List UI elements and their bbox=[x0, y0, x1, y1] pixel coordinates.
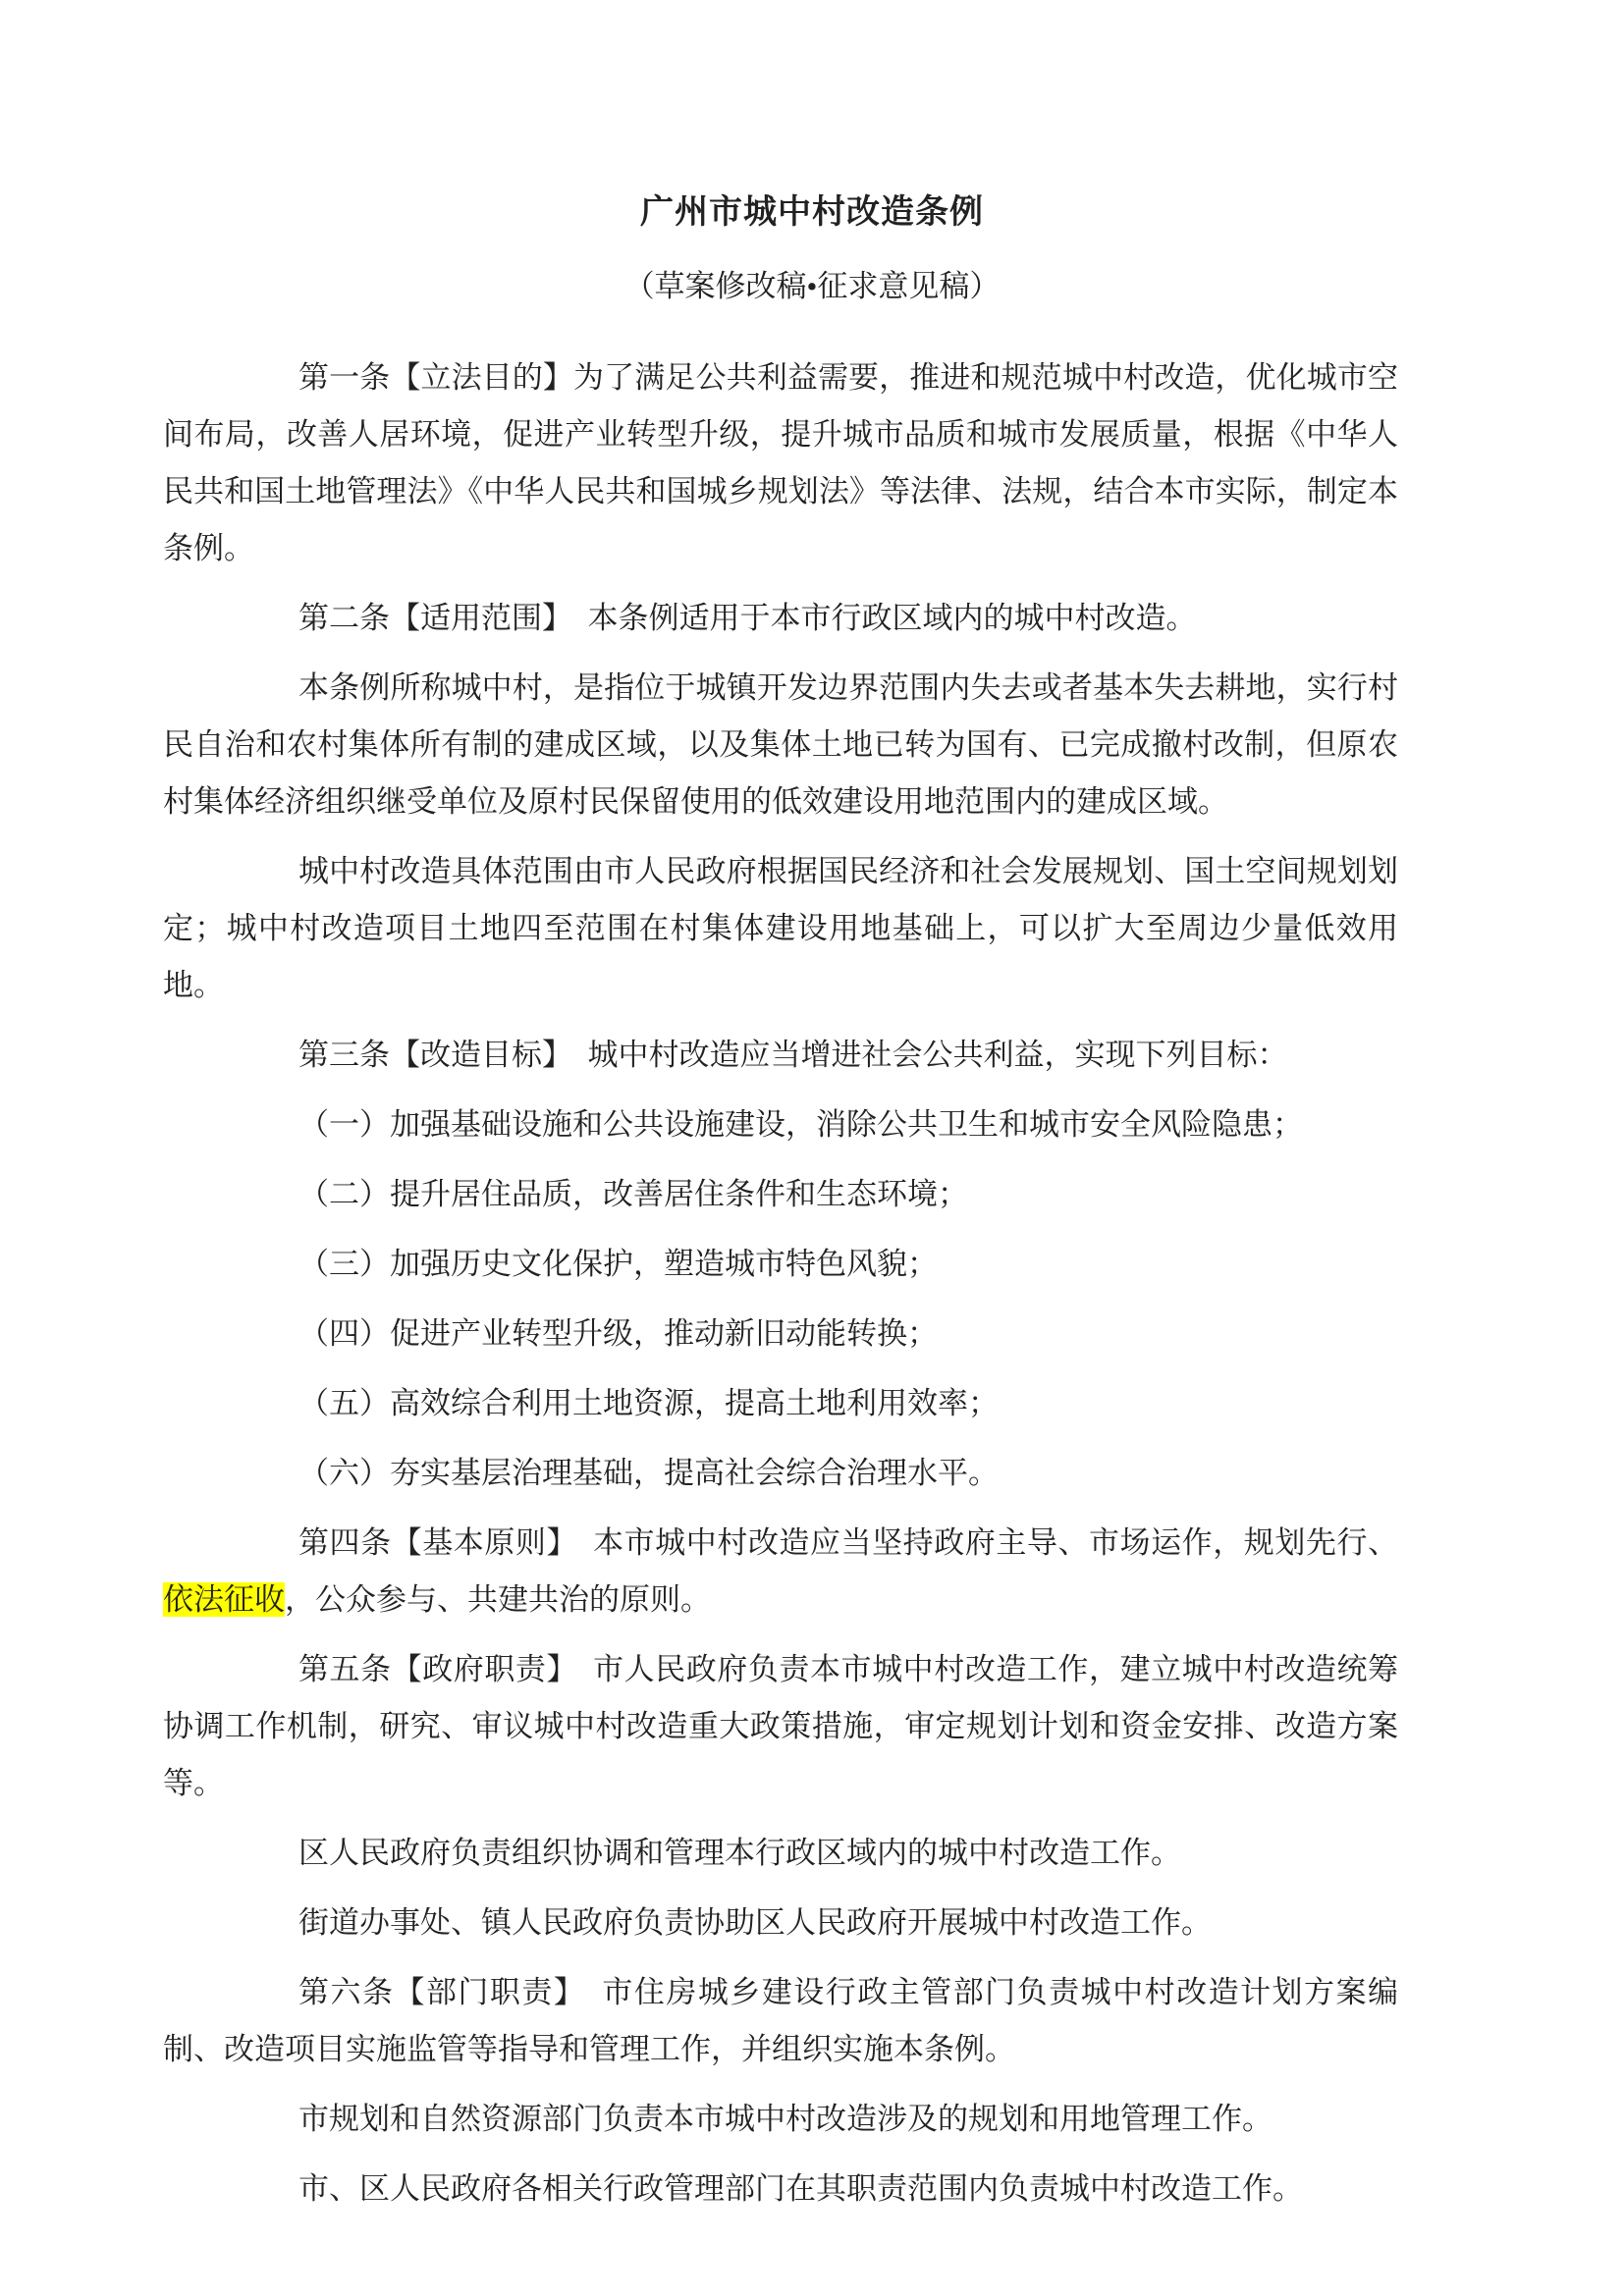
document-body: 第一条【立法目的】为了满足公共利益需要，推进和规范城中村改造，优化城市空间布局，… bbox=[163, 349, 1398, 2217]
paragraph-text: 本条例适用于本市行政区域内的城中村改造。 bbox=[558, 601, 1197, 635]
paragraph-text: 本市城中村改造应当坚持政府主导、市场运作，规划先行、 bbox=[563, 1525, 1398, 1560]
document-title: 广州市城中村改造条例 bbox=[0, 0, 1624, 234]
paragraph-text: 城中村改造应当增进社会公共利益，实现下列目标： bbox=[558, 1038, 1288, 1072]
article-label: 第三条【改造目标】 bbox=[298, 1038, 558, 1072]
article-2: 第二条【适用范围】 本条例适用于本市行政区域内的城中村改造。 bbox=[163, 590, 1398, 647]
list-item-1: （一）加强基础设施和公共设施建设，消除公共卫生和城市安全风险隐患； bbox=[163, 1096, 1398, 1153]
paragraph: 城中村改造具体范围由市人民政府根据国民经济和社会发展规划、国土空间规划划定；城中… bbox=[163, 843, 1398, 1014]
list-item-5: （五）高效综合利用土地资源，提高土地利用效率； bbox=[163, 1375, 1398, 1432]
paragraph-text: 市、区人民政府各相关行政管理部门在其职责范围内负责城中村改造工作。 bbox=[298, 2171, 1303, 2206]
article-3: 第三条【改造目标】 城中村改造应当增进社会公共利益，实现下列目标： bbox=[163, 1027, 1398, 1084]
paragraph-text: （三）加强历史文化保护，塑造城市特色风貌； bbox=[298, 1247, 938, 1281]
paragraph: 区人民政府负责组织协调和管理本行政区域内的城中村改造工作。 bbox=[163, 1825, 1398, 1882]
paragraph-text: （四）促进产业转型升级，推动新旧动能转换； bbox=[298, 1316, 938, 1351]
document-page: 广州市城中村改造条例 （草案修改稿•征求意见稿） 第一条【立法目的】为了满足公共… bbox=[0, 0, 1624, 2296]
paragraph-text: （六）夯实基层治理基础，提高社会综合治理水平。 bbox=[298, 1456, 999, 1490]
paragraph-text: 本条例所称城中村，是指位于城镇开发边界范围内失去或者基本失去耕地，实行村民自治和… bbox=[163, 670, 1398, 819]
list-item-6: （六）夯实基层治理基础，提高社会综合治理水平。 bbox=[163, 1445, 1398, 1502]
paragraph-text: （五）高效综合利用土地资源，提高土地利用效率； bbox=[298, 1386, 999, 1420]
article-label: 第一条【立法目的】 bbox=[298, 360, 573, 395]
paragraph-text: 市规划和自然资源部门负责本市城中村改造涉及的规划和用地管理工作。 bbox=[298, 2102, 1272, 2136]
article-label: 第六条【部门职责】 bbox=[298, 1975, 570, 2009]
article-6: 第六条【部门职责】 市住房城乡建设行政主管部门负责城中村改造计划方案编制、改造项… bbox=[163, 1964, 1398, 2078]
paragraph: 市规划和自然资源部门负责本市城中村改造涉及的规划和用地管理工作。 bbox=[163, 2091, 1398, 2148]
article-label: 第五条【政府职责】 bbox=[298, 1652, 563, 1686]
list-item-4: （四）促进产业转型升级，推动新旧动能转换； bbox=[163, 1306, 1398, 1362]
paragraph-text: 城中村改造具体范围由市人民政府根据国民经济和社会发展规划、国土空间规划划定；城中… bbox=[163, 854, 1398, 1002]
list-item-3: （三）加强历史文化保护，塑造城市特色风貌； bbox=[163, 1236, 1398, 1293]
paragraph: 市、区人民政府各相关行政管理部门在其职责范围内负责城中村改造工作。 bbox=[163, 2161, 1398, 2217]
article-label: 第四条【基本原则】 bbox=[298, 1525, 563, 1560]
article-label: 第二条【适用范围】 bbox=[298, 601, 558, 635]
highlighted-text: 依法征收 bbox=[163, 1582, 285, 1617]
paragraph: 本条例所称城中村，是指位于城镇开发边界范围内失去或者基本失去耕地，实行村民自治和… bbox=[163, 660, 1398, 830]
article-1: 第一条【立法目的】为了满足公共利益需要，推进和规范城中村改造，优化城市空间布局，… bbox=[163, 349, 1398, 577]
list-item-2: （二）提升居住品质，改善居住条件和生态环境； bbox=[163, 1166, 1398, 1223]
paragraph-text: ，公众参与、共建共治的原则。 bbox=[285, 1582, 711, 1617]
document-subtitle: （草案修改稿•征求意见稿） bbox=[0, 267, 1624, 306]
paragraph: 街道办事处、镇人民政府负责协助区人民政府开展城中村改造工作。 bbox=[163, 1895, 1398, 1951]
paragraph-text: （一）加强基础设施和公共设施建设，消除公共卫生和城市安全风险隐患； bbox=[298, 1107, 1303, 1142]
paragraph-text: （二）提升居住品质，改善居住条件和生态环境； bbox=[298, 1177, 968, 1211]
article-5: 第五条【政府职责】 市人民政府负责本市城中村改造工作，建立城中村改造统筹协调工作… bbox=[163, 1641, 1398, 1812]
paragraph-text: 区人民政府负责组织协调和管理本行政区域内的城中村改造工作。 bbox=[298, 1836, 1181, 1870]
paragraph-text: 街道办事处、镇人民政府负责协助区人民政府开展城中村改造工作。 bbox=[298, 1905, 1212, 1940]
article-4: 第四条【基本原则】 本市城中村改造应当坚持政府主导、市场运作，规划先行、依法征收… bbox=[163, 1515, 1398, 1629]
